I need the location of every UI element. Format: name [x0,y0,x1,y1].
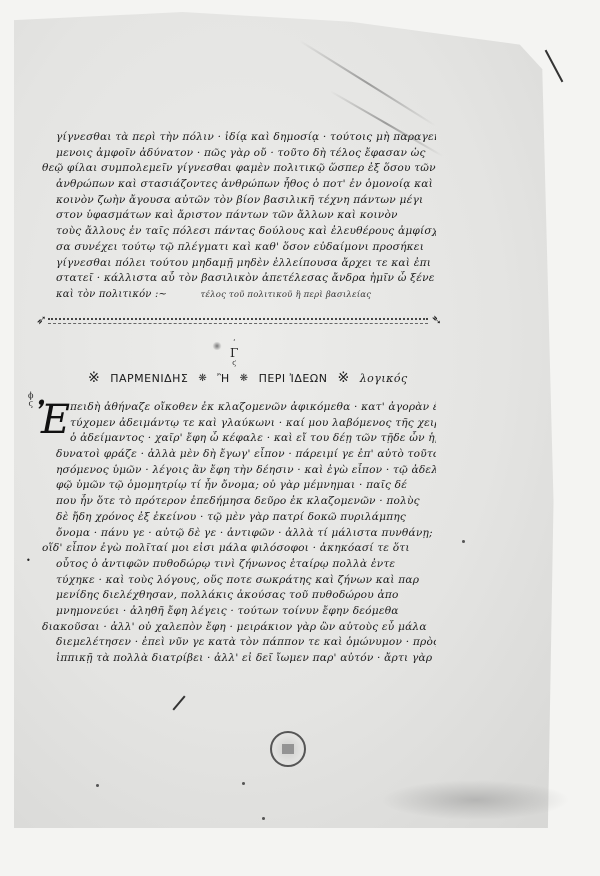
text-line: γίγνεσθαι πόλει τούτου μηδαμῇ μηδὲν ἐλλε… [56,256,436,272]
text-line: ησόμενος ὑμῶν · λέγοις ἂν ἔφη τὴν δέησιν… [56,463,436,479]
library-stamp [270,731,306,767]
ornament-leaf-icon: ➴ [431,314,442,328]
colophon: τέλος τοῦ πολιτικοῦ ἢ περὶ βασιλείας [201,290,372,300]
foxing-spot [462,540,465,543]
text-line: διεμελέτησεν · ἐπεὶ νῦν γε κατὰ τὸν πάππ… [56,635,436,651]
star-ornament-icon: ❋ [198,373,207,384]
text-line: τοὺς ἄλλους ἐν ταῖς πόλεσι πάντας δούλου… [56,224,436,240]
text-line: πειδὴ ἀθήναζε οἴκοθεν ἐκ κλαζομενῶν ἀφικ… [70,400,436,416]
text-line: τύχομεν ἀδειμάντῳ τε καὶ γλαύκωνι · καί … [70,416,436,432]
text-line: που ἦν ὅτε τὸ πρότερον ἐπεδήμησα δεῦρο ἐ… [56,494,436,510]
text-line: ἱππικῇ τὰ πολλὰ διατρίβει · ἀλλ' εἰ δεῖ … [56,651,436,667]
foxing-spot [242,782,245,785]
margin-note-bottom: ϛ [28,400,33,408]
text-line: θεῷ φίλαι συμπολεμεῖν γίγνεσθαι φαμὲν πο… [42,161,436,177]
text-line: οὗτος ὁ ἀντιφῶν πυθοδώρῳ τινὶ ζήνωνος ἑτ… [56,557,436,573]
text-line: δυνατοὶ φράζε · ἀλλὰ μὲν δὴ ἔγωγ' εἶπον … [56,447,436,463]
ink-smudge [212,342,222,350]
text-line: ἀνθρώπων καὶ στασιάζοντες ἀνθρώπων ἦθος … [56,177,436,193]
text-line-final: καὶ τὸν πολιτικόν :~ τέλος τοῦ πολιτικοῦ… [56,287,436,303]
ornament-rule [48,318,428,324]
text-line: ὁ ἀδείμαντος · χαῖρ' ἔφη ὦ κέφαλε · καὶ … [70,431,436,447]
cross-ornament-icon: ※ [337,370,349,386]
foxing-spot [262,817,265,820]
text-line: μνημονεύει · ἀληθῆ ἔφη λέγεις · τούτων τ… [56,604,436,620]
text-line: μενοις ἀμφοῖν ἀδύνατον · πῶς γὰρ οὔ · το… [56,146,436,162]
heading-conjunction: Ἢ [217,372,229,385]
star-ornament-icon: ❋ [240,373,249,384]
foxing-spot [96,784,99,787]
stain-shadow [380,780,570,820]
cross-ornament-icon: ※ [88,370,100,386]
text-line: φῷ ὑμῶν τῷ ὁμομητρίῳ τί ἦν ὄνομα; οὐ γὰρ… [56,478,436,494]
heading-subtitle: ΠΕΡΙ ἸΔΕΩΝ [259,372,328,385]
text-line: κοινὸν ζωὴν ἄγουσα αὐτῶν τὸν βίον βασιλι… [56,193,436,209]
text-line: στατεῖ · κάλλιστα αὖ τὸν βασιλικὸν ἀπετέ… [56,271,436,287]
text-line: γίγνεσθαι τὰ περὶ τὴν πόλιν · ἰδίᾳ καὶ δ… [56,130,436,146]
quire-number: ʹ Γ ϛ [230,338,238,368]
margin-note: ϕ ϛ [28,392,33,408]
text-line: διακοῦσαι · ἀλλ' οὐ χαλεπὸν ἔφη · μειράκ… [42,620,436,636]
text-line: σα συνέχει τούτῳ τῷ πλέγματι καὶ καθ' ὅσ… [56,240,436,256]
text-line: στον ὑφασμάτων καὶ ἄριστον πάντων τῶν ἄλ… [56,208,436,224]
text-line: τύχηκε · καὶ τοὺς λόγους, οὕς ποτε σωκρά… [56,573,436,589]
stamp-emblem [282,744,294,754]
dialogue-heading: ※ ΠΑΡΜΕΝΙΔΗΣ ❋ Ἢ ❋ ΠΕΡΙ ἸΔΕΩΝ ※ λογικός [88,368,418,388]
parmenides-text: πειδὴ ἀθήναζε οἴκοθεν ἐκ κλαζομενῶν ἀφικ… [56,400,436,667]
final-words: καὶ τὸν πολιτικόν :~ [56,289,167,300]
corner-tear-mark [545,50,564,83]
text-line: μενίδης διελέχθησαν, πολλάκις ἀκούσας το… [56,588,436,604]
text-line: ὄνομα · πάνυ γε · αὐτῷ δὲ γε · ἀντιφῶν ·… [56,526,436,542]
margin-dot: • [26,556,31,565]
ornament-leaf-icon: ➶ [36,314,47,328]
text-line: δὲ ἤδη χρόνος ἐξ ἐκείνου · τῷ μὲν γὰρ πα… [56,510,436,526]
text-line: οἵδ' εἶπον ἐγὼ πολῖταί μοι εἰσι μάλα φιλ… [42,541,436,557]
ornamental-headband: ➶ ➴ [40,312,436,326]
heading-genre: λογικός [360,372,408,385]
politicus-ending-text: γίγνεσθαι τὰ περὶ τὴν πόλιν · ἰδίᾳ καὶ δ… [56,130,436,303]
heading-title: ΠΑΡΜΕΝΙΔΗΣ [110,372,188,385]
